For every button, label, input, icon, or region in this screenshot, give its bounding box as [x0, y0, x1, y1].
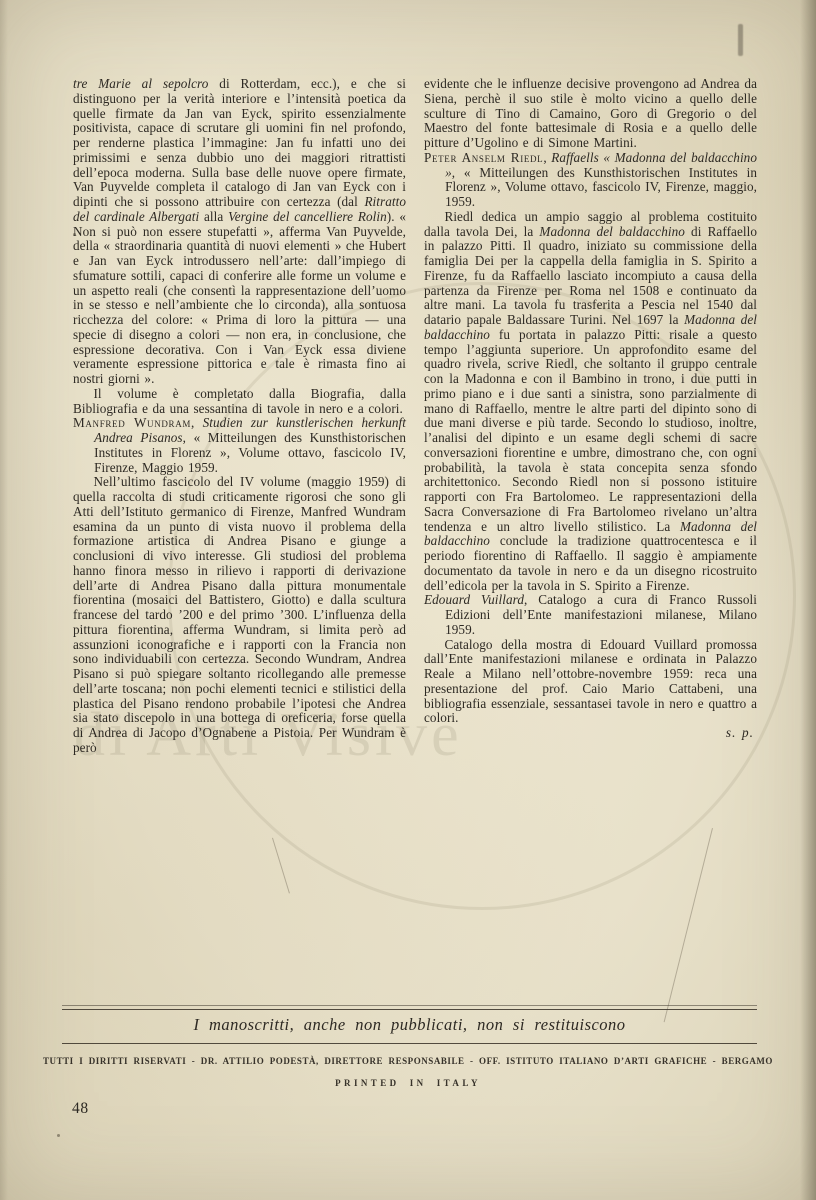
- page-edge-shadow-left: [0, 0, 8, 1200]
- bibliography-entry-wundram: Manfred Wundram, Studien zur kunstlerisc…: [73, 416, 406, 475]
- scratch-mark: [664, 828, 713, 1022]
- scanned-journal-page: di Arti Visive tre Marie al sepolcro di …: [0, 0, 816, 1200]
- footer-rule-bottom: [62, 1043, 757, 1044]
- paragraph-wundram-review: Nell’ultimo fascicolo del IV volume (mag…: [73, 475, 406, 755]
- colophon-line: TUTTI I DIRITTI RISERVATI - DR. ATTILIO …: [40, 1056, 776, 1066]
- left-column: tre Marie al sepolcro di Rotterdam, ecc.…: [73, 77, 406, 756]
- right-column: evidente che le influenze decisive prove…: [424, 77, 757, 741]
- bibliography-entry-vuillard: Edouard Vuillard, Catalogo a cura di Fra…: [424, 593, 757, 637]
- scratch-mark: [272, 838, 290, 894]
- paragraph-volume-note: Il volume è completato dalla Biografia, …: [73, 387, 406, 417]
- reviewer-initials: s. p.: [424, 726, 757, 741]
- footer-rule-top: [62, 1005, 757, 1010]
- manuscript-notice: I manoscritti, anche non pubblicati, non…: [62, 1015, 757, 1035]
- paper-speck: [57, 1134, 60, 1137]
- page-number: 48: [72, 1100, 89, 1118]
- paragraph-riedl-review: Riedl dedica un ampio saggio al problema…: [424, 210, 757, 594]
- bibliography-entry-riedl: Peter Anselm Riedl, Raffaells « Madonna …: [424, 151, 757, 210]
- page-edge-shadow-right: [800, 0, 816, 1200]
- paragraph-van-eyck-continuation: tre Marie al sepolcro di Rotterdam, ecc.…: [73, 77, 406, 387]
- ink-smudge: [738, 24, 743, 56]
- paragraph-wundram-review-continuation: evidente che le influenze decisive prove…: [424, 77, 757, 151]
- printed-in-italy: PRINTED IN ITALY: [40, 1078, 776, 1088]
- paragraph-vuillard-review: Catalogo della mostra di Edouard Vuillar…: [424, 638, 757, 727]
